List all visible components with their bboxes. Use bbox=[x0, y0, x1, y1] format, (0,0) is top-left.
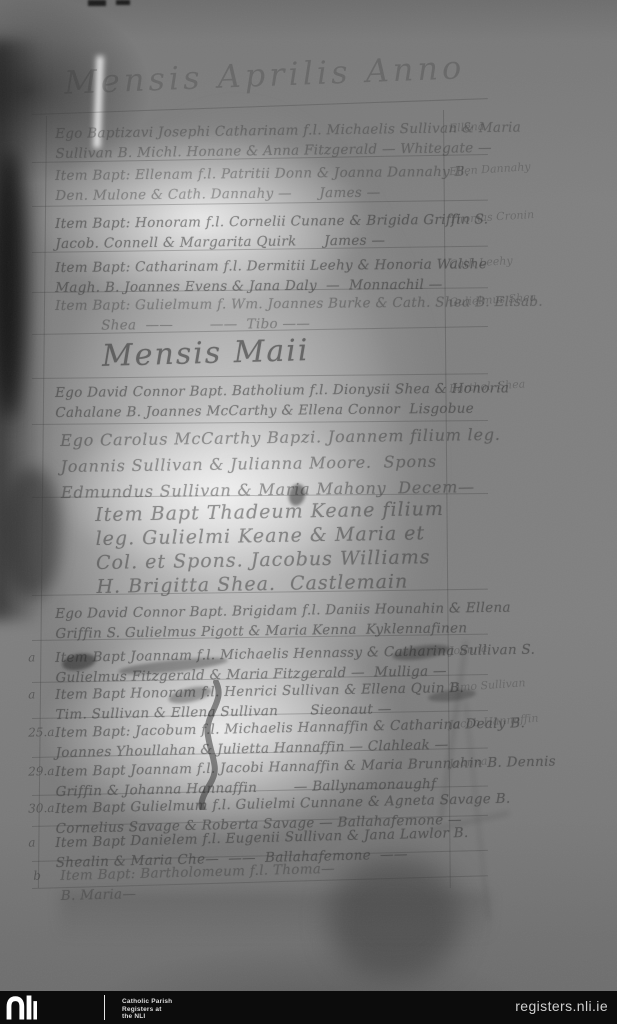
register-entry: Ego Carolus McCarthy Bapzi. Joannem fili… bbox=[60, 422, 502, 506]
register-entry: Item Bapt: Honoram f.l. Cornelii Cunane … bbox=[55, 209, 489, 254]
entry-day-number: 30.a bbox=[28, 801, 55, 816]
entry-day-number: 29.a bbox=[28, 764, 55, 779]
entry-day-number: a bbox=[28, 687, 35, 701]
entry-day-number: a bbox=[28, 650, 35, 664]
register-entry: Ego Baptizavi Josephi Catharinam f.l. Mi… bbox=[55, 117, 521, 164]
entry-day-number: a bbox=[28, 835, 35, 849]
edge-shadow bbox=[4, 468, 60, 598]
film-edge-mark bbox=[88, 0, 106, 6]
register-entry: Item Bapt Thadeum Keane filium leg. Guli… bbox=[95, 497, 445, 599]
month-section-header: Mensis Maii bbox=[102, 333, 310, 374]
register-entry: Item Bapt: Ellenam f.l. Patritii Donn & … bbox=[55, 162, 470, 206]
entry-day-number: b bbox=[33, 869, 41, 883]
register-entry: Ego David Connor Bapt. Brigidam f.l. Dan… bbox=[55, 598, 511, 644]
viewer-footer-bar: Catholic Parish Registers at the NLI reg… bbox=[0, 991, 617, 1024]
register-entry: Item Bapt: Catharinam f.l. Dermitii Leeh… bbox=[55, 254, 487, 298]
register-entry: Ego David Connor Bapt. Batholium f.l. Di… bbox=[55, 378, 510, 423]
site-watermark: registers.nli.ie bbox=[515, 998, 608, 1014]
register-entry: b Item Bapt: Bartholomeum f.l. Thoma— B.… bbox=[60, 859, 336, 906]
nli-logo bbox=[5, 995, 37, 1020]
film-edge-mark bbox=[116, 0, 130, 5]
entry-line: Shea —— —— Tibo —— bbox=[55, 312, 543, 336]
footer-divider bbox=[104, 995, 105, 1020]
microfilm-scan-view: Mensis Aprilis Anno Mensis Maii Ego Bapt… bbox=[0, 0, 617, 1024]
entry-day-number: 25.a bbox=[28, 725, 55, 740]
nli-caption-line: Catholic Parish bbox=[122, 998, 172, 1006]
nli-caption-line: the NLI bbox=[122, 1013, 172, 1021]
register-entry: Item Bapt: Gulielmum f. Wm. Joannes Burk… bbox=[55, 292, 543, 336]
nli-caption-line: Registers at bbox=[122, 1006, 172, 1014]
nli-caption: Catholic Parish Registers at the NLI bbox=[122, 998, 172, 1021]
